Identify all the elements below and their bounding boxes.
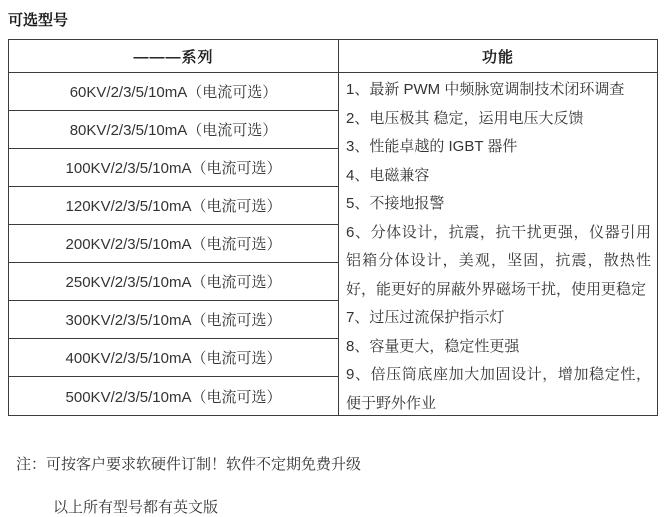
series-cell: 80KV/2/3/5/10mA（电流可选） — [9, 111, 338, 149]
series-column-header: ———系列 — [9, 40, 338, 73]
function-list: 1、最新 PWM 中频脉宽调制技术闭环调查2、电压极其 稳定，运用电压大反馈3、… — [339, 73, 657, 415]
function-column: 功能 1、最新 PWM 中频脉宽调制技术闭环调查2、电压极其 稳定，运用电压大反… — [339, 40, 657, 415]
series-cell: 400KV/2/3/5/10mA（电流可选） — [9, 339, 338, 377]
function-item: 4、电磁兼容 — [346, 162, 651, 191]
function-item: 3、性能卓越的 IGBT 器件 — [346, 133, 651, 162]
page-title: 可选型号 — [8, 9, 657, 30]
series-column: ———系列 60KV/2/3/5/10mA（电流可选）80KV/2/3/5/10… — [9, 40, 339, 415]
function-item: 1、最新 PWM 中频脉宽调制技术闭环调查 — [346, 76, 651, 105]
function-item: 9、倍压筒底座加大加固设计，增加稳定性，便于野外作业 — [346, 361, 651, 415]
footnote-customization: 注：可按客户要求软硬件订制！软件不定期免费升级 — [16, 453, 649, 474]
function-item: 2、电压极其 稳定，运用电压大反馈 — [346, 105, 651, 134]
page: 可选型号 ———系列 60KV/2/3/5/10mA（电流可选）80KV/2/3… — [0, 0, 665, 517]
series-cell: 120KV/2/3/5/10mA（电流可选） — [9, 187, 338, 225]
series-cell: 300KV/2/3/5/10mA（电流可选） — [9, 301, 338, 339]
function-column-header: 功能 — [339, 40, 657, 73]
spec-table: ———系列 60KV/2/3/5/10mA（电流可选）80KV/2/3/5/10… — [8, 39, 658, 416]
footnote-english-version: 以上所有型号都有英文版 — [53, 496, 649, 517]
series-cell: 250KV/2/3/5/10mA（电流可选） — [9, 263, 338, 301]
function-item: 8、容量更大，稳定性更强 — [346, 333, 651, 362]
function-item: 5、不接地报警 — [346, 190, 651, 219]
series-cell: 200KV/2/3/5/10mA（电流可选） — [9, 225, 338, 263]
series-cell: 500KV/2/3/5/10mA（电流可选） — [9, 377, 338, 415]
footnotes: 注：可按客户要求软硬件订制！软件不定期免费升级 以上所有型号都有英文版 — [8, 453, 657, 517]
series-cell: 100KV/2/3/5/10mA（电流可选） — [9, 149, 338, 187]
function-item: 6、分体设计，抗震，抗干扰更强，仪器引用铝箱分体设计，美观，坚固，抗震，散热性好… — [346, 219, 651, 305]
series-cell: 60KV/2/3/5/10mA（电流可选） — [9, 73, 338, 111]
function-item: 7、过压过流保护指示灯 — [346, 304, 651, 333]
